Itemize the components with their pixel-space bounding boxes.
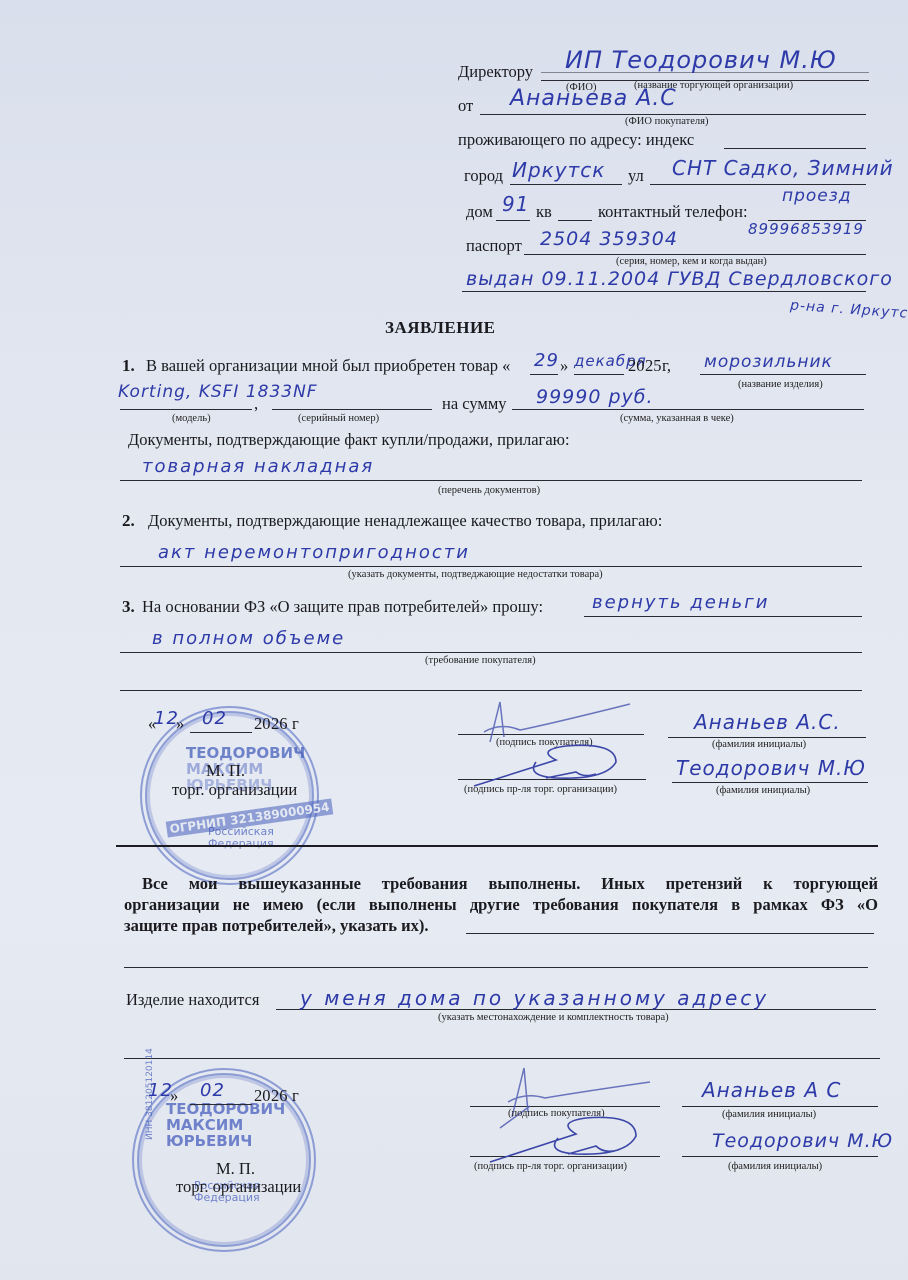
sign-2-org: торг. организации (176, 1179, 301, 1196)
sign-2-year-unit: г (292, 1088, 299, 1105)
product-line (700, 374, 866, 375)
seller-sign-hint-1: (подпись пр-ля торг. организации) (464, 785, 617, 796)
model-hint: (модель) (172, 414, 211, 425)
address-label: проживающего по адресу: индекс (458, 132, 694, 149)
house-value[interactable]: 91 (502, 194, 529, 214)
year-unit: г, (662, 358, 671, 375)
index-line[interactable] (724, 148, 866, 149)
sign-1-year-prefix: 20 (254, 716, 271, 733)
director-label: Директору (458, 64, 533, 81)
sign-1-mp: М. П. (206, 763, 245, 780)
buyer-name-2[interactable]: Ананьев А С (702, 1080, 841, 1100)
apt-line[interactable] (558, 220, 592, 221)
docs-line (120, 480, 862, 481)
closing-extra-line-2[interactable] (124, 967, 868, 968)
phone-value[interactable]: 89996853919 (748, 222, 864, 237)
section-3-line-1 (584, 616, 862, 617)
sign-1-org: торг. организации (172, 782, 297, 799)
product-hint: (название изделия) (738, 380, 823, 391)
passport-issued-cont: р-на г. Иркутск (790, 299, 908, 322)
sign-2-year[interactable]: 26 (271, 1088, 288, 1105)
passport-hint: (серия, номер, кем и когда выдан) (616, 257, 767, 268)
section-3-line-2 (120, 652, 862, 653)
passport-label: паспорт (466, 238, 522, 255)
phone-label: контактный телефон: (598, 204, 748, 221)
sum-hint: (сумма, указанная в чеке) (620, 414, 734, 425)
closing-extra-line-1[interactable] (466, 933, 874, 934)
from-value[interactable]: Ананьева А.С (510, 88, 677, 110)
section-1-text: В вашей организации мной был приобретен … (146, 358, 510, 375)
from-hint: (ФИО покупателя) (625, 117, 708, 128)
sign-1-month[interactable]: 02 (202, 710, 227, 728)
model-line (120, 409, 252, 410)
seller-name-line-1 (672, 782, 868, 783)
section-1-number: 1. (122, 357, 135, 374)
street-value[interactable]: СНТ Садко, Зимний (672, 158, 894, 178)
closing-line-2: организации не имею (если выполнены друг… (124, 897, 878, 914)
seller-name-2[interactable]: Теодорович М.Ю (712, 1132, 893, 1151)
docs-hint: (перечень документов) (438, 486, 540, 497)
street-value-cont: проезд (782, 188, 852, 205)
docs-value[interactable]: товарная накладная (142, 458, 374, 476)
sign-1-year-unit: г (292, 716, 299, 733)
day-line (530, 374, 558, 375)
year-prefix: 20 (628, 358, 645, 375)
sign-2-month[interactable]: 02 (200, 1082, 225, 1100)
sign-1-month-line (190, 732, 252, 733)
buyer-name-1[interactable]: Ананьев А.С. (694, 712, 841, 732)
section-3-hint: (требование покупателя) (425, 656, 536, 667)
seller-sign-hint-2: (подпись пр-ля торг. организации) (474, 1162, 627, 1173)
buyer-name-line-2 (682, 1106, 878, 1107)
sum-value[interactable]: 99990 руб. (536, 388, 654, 407)
from-label: от (458, 98, 473, 115)
passport-issued-line (462, 291, 866, 292)
location-value[interactable]: у меня дома по указанному адресу (300, 988, 769, 1008)
sign-1-year[interactable]: 26 (271, 716, 288, 733)
passport-issued[interactable]: выдан 09.11.2004 ГУВД Свердловского (466, 270, 893, 289)
section-3-number: 3. (122, 598, 135, 615)
sign-2-mp: М. П. (216, 1161, 255, 1178)
docs-label: Документы, подтверждающие факт купли/про… (128, 432, 570, 449)
stamp-2-text: ТЕОДОРОВИЧ МАКСИМ ЮРЬЕВИЧ (166, 1102, 285, 1149)
section-2-number: 2. (122, 512, 135, 529)
closing-line-3: защите прав потребителей», указать их). (124, 918, 429, 935)
location-label: Изделие находится (126, 992, 259, 1009)
purchase-year-suffix[interactable]: 25 (645, 358, 662, 375)
passport-value[interactable]: 2504 359304 (540, 230, 678, 249)
seller-signature-2 (476, 1112, 656, 1167)
serial-hint: (серийный номер) (298, 414, 379, 425)
seller-name-hint-1: (фамилия инициалы) (716, 786, 810, 797)
section-divider (116, 845, 878, 847)
city-line (510, 184, 622, 185)
buyer-name-hint-1: (фамилия инициалы) (712, 740, 806, 751)
section-3-value[interactable]: вернуть деньги (592, 594, 769, 612)
director-value[interactable]: ИП Теодорович М.Ю (565, 48, 837, 72)
city-label: город (464, 168, 503, 185)
serial-line[interactable] (272, 409, 432, 410)
seller-name-1[interactable]: Теодорович М.Ю (676, 758, 866, 778)
month-line (574, 374, 624, 375)
section-2-value[interactable]: акт неремонтопригодности (158, 544, 470, 562)
location-hint: (указать местонахождение и комплектность… (438, 1013, 669, 1024)
section-2-line (120, 566, 862, 567)
section-2-hint: (указать документы, подтведжающие недост… (348, 570, 603, 581)
product-name[interactable]: морозильник (704, 354, 833, 371)
sum-line (512, 409, 864, 410)
section-2-text: Документы, подтверждающие ненадлежащее к… (148, 513, 662, 530)
sum-label: на сумму (442, 396, 507, 413)
house-line (496, 220, 530, 221)
purchase-day[interactable]: 29 (534, 352, 559, 370)
sign-2-year-prefix: 20 (254, 1088, 271, 1105)
seller-name-line-2 (682, 1156, 878, 1157)
seller-name-hint-2: (фамилия инициалы) (728, 1162, 822, 1173)
location-extra-line[interactable] (124, 1058, 880, 1059)
city-value[interactable]: Иркутск (512, 160, 605, 180)
model-value[interactable]: Korting, KSFI 1833NF (118, 384, 318, 401)
sign-2-month-line (190, 1104, 252, 1105)
closing-line-1: Все мои вышеуказанные требования выполне… (142, 876, 878, 893)
section-3-value-cont[interactable]: в полном объеме (152, 630, 345, 648)
street-label: ул (628, 168, 644, 185)
document-title: ЗАЯВЛЕНИЕ (385, 318, 496, 338)
house-label: дом (466, 204, 493, 221)
section-3-text: На основании ФЗ «О защите прав потребите… (142, 599, 543, 616)
buyer-name-hint-2: (фамилия инициалы) (722, 1110, 816, 1121)
apt-label: кв (536, 204, 552, 221)
